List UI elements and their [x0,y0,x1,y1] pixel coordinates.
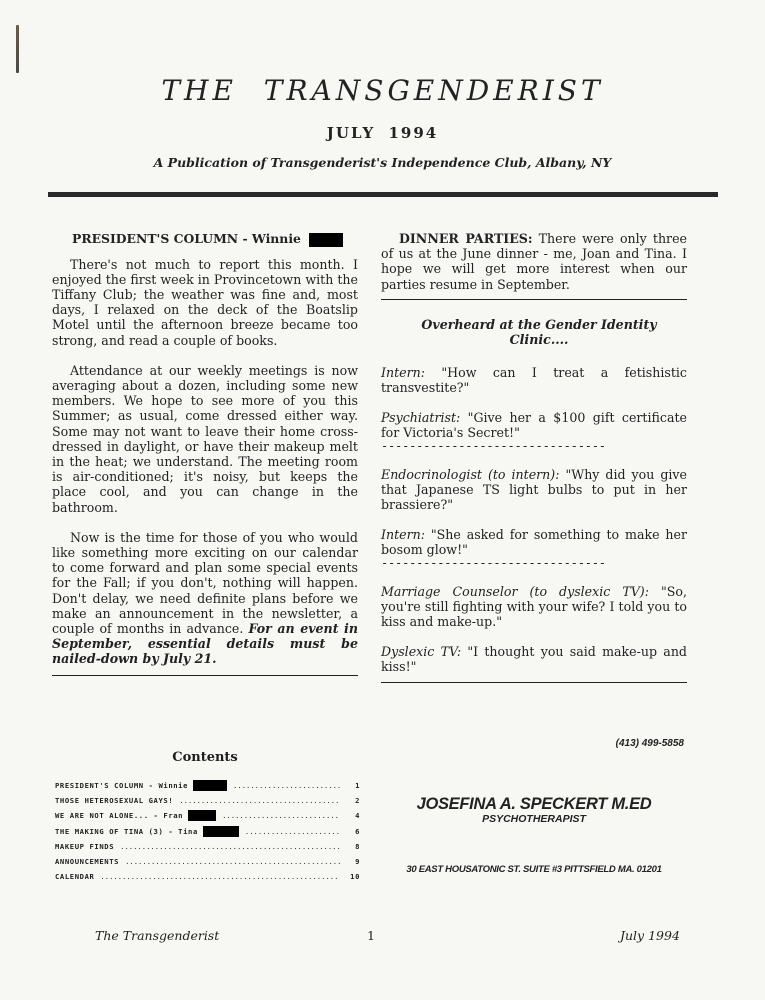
paragraph: There's not much to report this month. I… [52,257,358,348]
presidents-column-heading: PRESIDENT'S COLUMN - Winnie [52,231,358,247]
toc-entry-title: THE MAKING OF TINA (3) - Tina [55,827,198,836]
toc-entry: WE ARE NOT ALONE... - Fran..............… [55,808,360,823]
toc-leader-dots: ........................................… [222,811,340,820]
footer-page-number: 1 [367,928,375,943]
paragraph: Attendance at our weekly meetings is now… [52,363,358,515]
toc-entry-title: THOSE HETEROSEXUAL GAYS! [55,796,173,805]
toc-entry: MAKEUP FINDS............................… [55,839,360,854]
dinner-parties-label: DINNER PARTIES: [399,231,533,246]
publication-subtitle: A Publication of Transgenderist's Indepe… [0,155,765,170]
dashed-separator: -------------------------------- [381,440,687,453]
toc-entry-title: WE ARE NOT ALONE... - Fran [55,811,183,820]
exchange: Intern: "How can I treat a fetishistic t… [381,365,687,395]
staple-mark [16,25,19,73]
toc-entry-title: CALENDAR [55,872,94,881]
toc-entry: CALENDAR................................… [55,869,360,884]
right-column: DINNER PARTIES: There were only three of… [381,231,687,683]
toc-leader-dots: ........................................… [233,781,340,790]
toc-page-number: 8 [346,842,360,851]
exchange: Marriage Counselor (to dyslexic TV): "So… [381,584,687,630]
toc-entry-title: MAKEUP FINDS [55,842,114,851]
toc-entry: THE MAKING OF TINA (3) - Tina...........… [55,824,360,839]
footer-publication: The Transgenderist [95,928,219,943]
ad-name: JOSEFINA A. SPECKERT M.ED [381,795,687,814]
toc-entry-title: ANNOUNCEMENTS [55,857,119,866]
toc-page-number: 4 [346,811,360,820]
dashed-separator: -------------------------------- [381,557,687,570]
toc-entry: THOSE HETEROSEXUAL GAYS!................… [55,793,360,808]
toc-page-number: 9 [346,857,360,866]
toc-leader-dots: ........................................… [125,857,340,866]
toc-page-number: 10 [346,872,360,881]
ad-title: PSYCHOTHERAPIST [381,813,687,825]
presidents-column: PRESIDENT'S COLUMN - Winnie There's not … [52,231,358,676]
footer-date: July 1994 [620,928,680,943]
redacted-surname [309,233,343,247]
toc-page-number: 1 [346,781,360,790]
exchange: Psychiatrist: "Give her a $100 gift cert… [381,410,687,440]
redacted-surname [203,826,239,837]
toc-leader-dots: ........................................… [100,872,340,881]
redacted-surname [188,810,216,821]
redacted-surname [193,780,227,791]
ad-phone: (413) 499-5858 [381,738,684,749]
issue-date: JULY 1994 [0,124,765,142]
exchange: Intern: "She asked for something to make… [381,527,687,557]
toc-leader-dots: ........................................… [179,796,340,805]
ad-address: 30 EAST HOUSATONIC ST. SUITE #3 PITTSFIE… [381,864,687,875]
toc-leader-dots: ........................................… [245,827,340,836]
exchange: Endocrinologist (to intern): "Why did yo… [381,467,687,513]
toc-entry: ANNOUNCEMENTS...........................… [55,854,360,869]
toc-page-number: 6 [346,827,360,836]
contents-title: Contents [52,750,358,765]
toc-leader-dots: ........................................… [120,842,340,851]
newsletter-title: THE TRANSGENDERIST [0,74,765,107]
toc-entry: PRESIDENT'S COLUMN - Winnie.............… [55,778,360,793]
dinner-parties-paragraph: DINNER PARTIES: There were only three of… [381,231,687,292]
toc-entry-title: PRESIDENT'S COLUMN - Winnie [55,781,188,790]
section-divider [381,682,687,683]
exchange: Dyslexic TV: "I thought you said make-up… [381,644,687,674]
paragraph: Now is the time for those of you who wou… [52,530,358,667]
masthead-divider [48,192,718,197]
overheard-heading: Overheard at the Gender Identity Clinic.… [381,317,687,347]
section-divider [52,675,358,676]
table-of-contents: PRESIDENT'S COLUMN - Winnie.............… [55,778,360,884]
toc-page-number: 2 [346,796,360,805]
